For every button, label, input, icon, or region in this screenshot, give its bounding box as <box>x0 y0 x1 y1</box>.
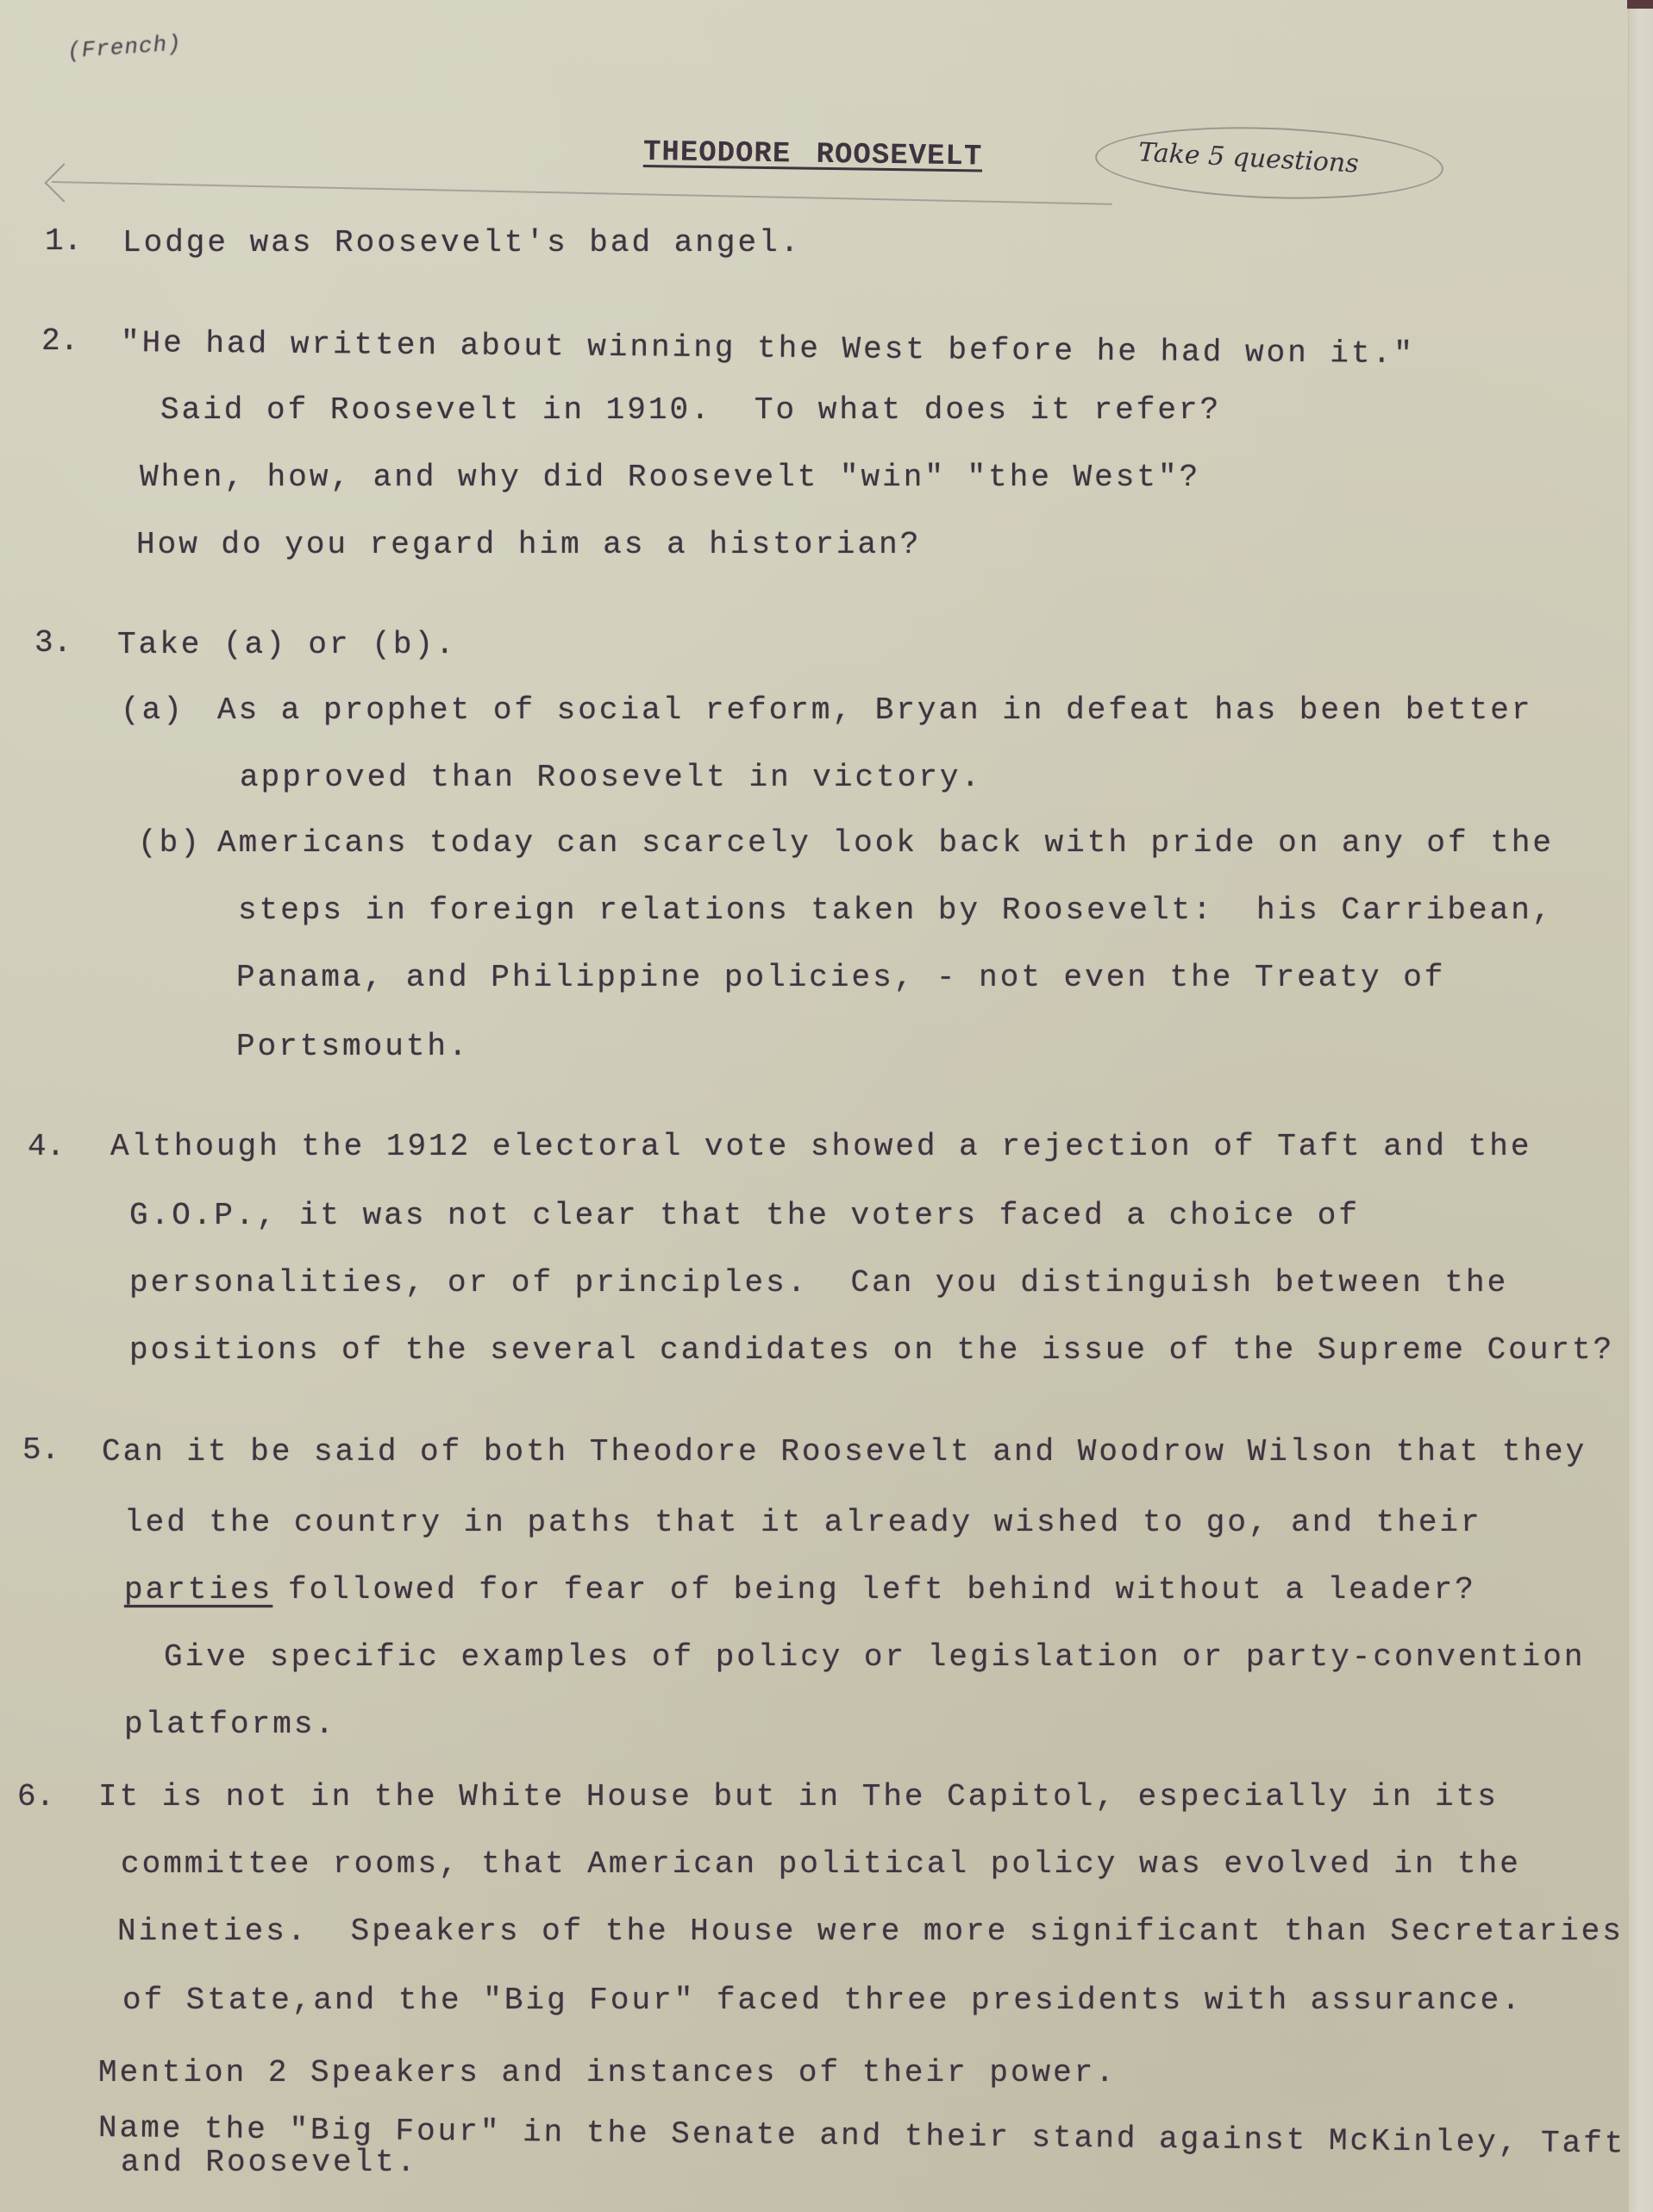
option-text: Americans today can scarcely look back w… <box>217 828 1554 859</box>
question-text: Can it be said of both Theodore Roosevel… <box>102 1437 1587 1468</box>
question-number: 4. <box>28 1131 65 1162</box>
option-text: steps in foreign relations taken by Roos… <box>238 895 1553 926</box>
question-text: led the country in paths that it already… <box>124 1507 1482 1538</box>
option-text: Panama, and Philippine policies, - not e… <box>236 962 1445 993</box>
question-text: G.O.P., it was not clear that the voters… <box>129 1200 1360 1231</box>
option-label: (a) <box>121 695 185 726</box>
question-text: personalities, or of principles. Can you… <box>129 1268 1508 1299</box>
question-text: Mention 2 Speakers and instances of thei… <box>98 2058 1117 2089</box>
question-text: Take (a) or (b). <box>117 630 457 661</box>
question-text: It is not in the White House but in The … <box>98 1782 1499 1813</box>
option-label: (b) <box>138 828 202 859</box>
option-text: As a prophet of social reform, Bryan in … <box>217 695 1532 726</box>
question-text: Lodge was Roosevelt's bad angel. <box>122 228 801 259</box>
page-corner <box>1627 0 1653 9</box>
option-text: Portsmouth. <box>236 1031 470 1062</box>
question-text: When, how, and why did Roosevelt "win" "… <box>140 462 1200 493</box>
question-text: Nineties. Speakers of the House were mor… <box>117 1916 1624 1947</box>
question-text: platforms. <box>124 1709 336 1740</box>
question-text: Although the 1912 electoral vote showed … <box>110 1131 1531 1162</box>
question-text: and Roosevelt. <box>121 2147 417 2178</box>
question-text: How do you regard him as a historian? <box>136 530 921 561</box>
question-text: Give specific examples of policy or legi… <box>164 1642 1585 1673</box>
document-title: THEODORE ROOSEVELT <box>643 136 983 173</box>
question-text: committee rooms, that American political… <box>121 1849 1521 1880</box>
page-edge <box>1628 0 1653 2212</box>
underlined-word: parties <box>124 1575 272 1606</box>
question-number: 6. <box>17 1782 54 1813</box>
question-text: Said of Roosevelt in 1910. To what does … <box>160 395 1221 426</box>
question-text: followed for fear of being left behind w… <box>288 1575 1476 1606</box>
question-text: positions of the several candidates on t… <box>129 1335 1614 1366</box>
question-text: of State,and the "Big Four" faced three … <box>122 1985 1523 2016</box>
question-number: 3. <box>34 628 72 659</box>
question-number: 2. <box>41 326 78 357</box>
option-text: approved than Roosevelt in victory. <box>240 762 982 793</box>
question-number: 1. <box>45 226 82 257</box>
question-number: 5. <box>22 1435 59 1466</box>
